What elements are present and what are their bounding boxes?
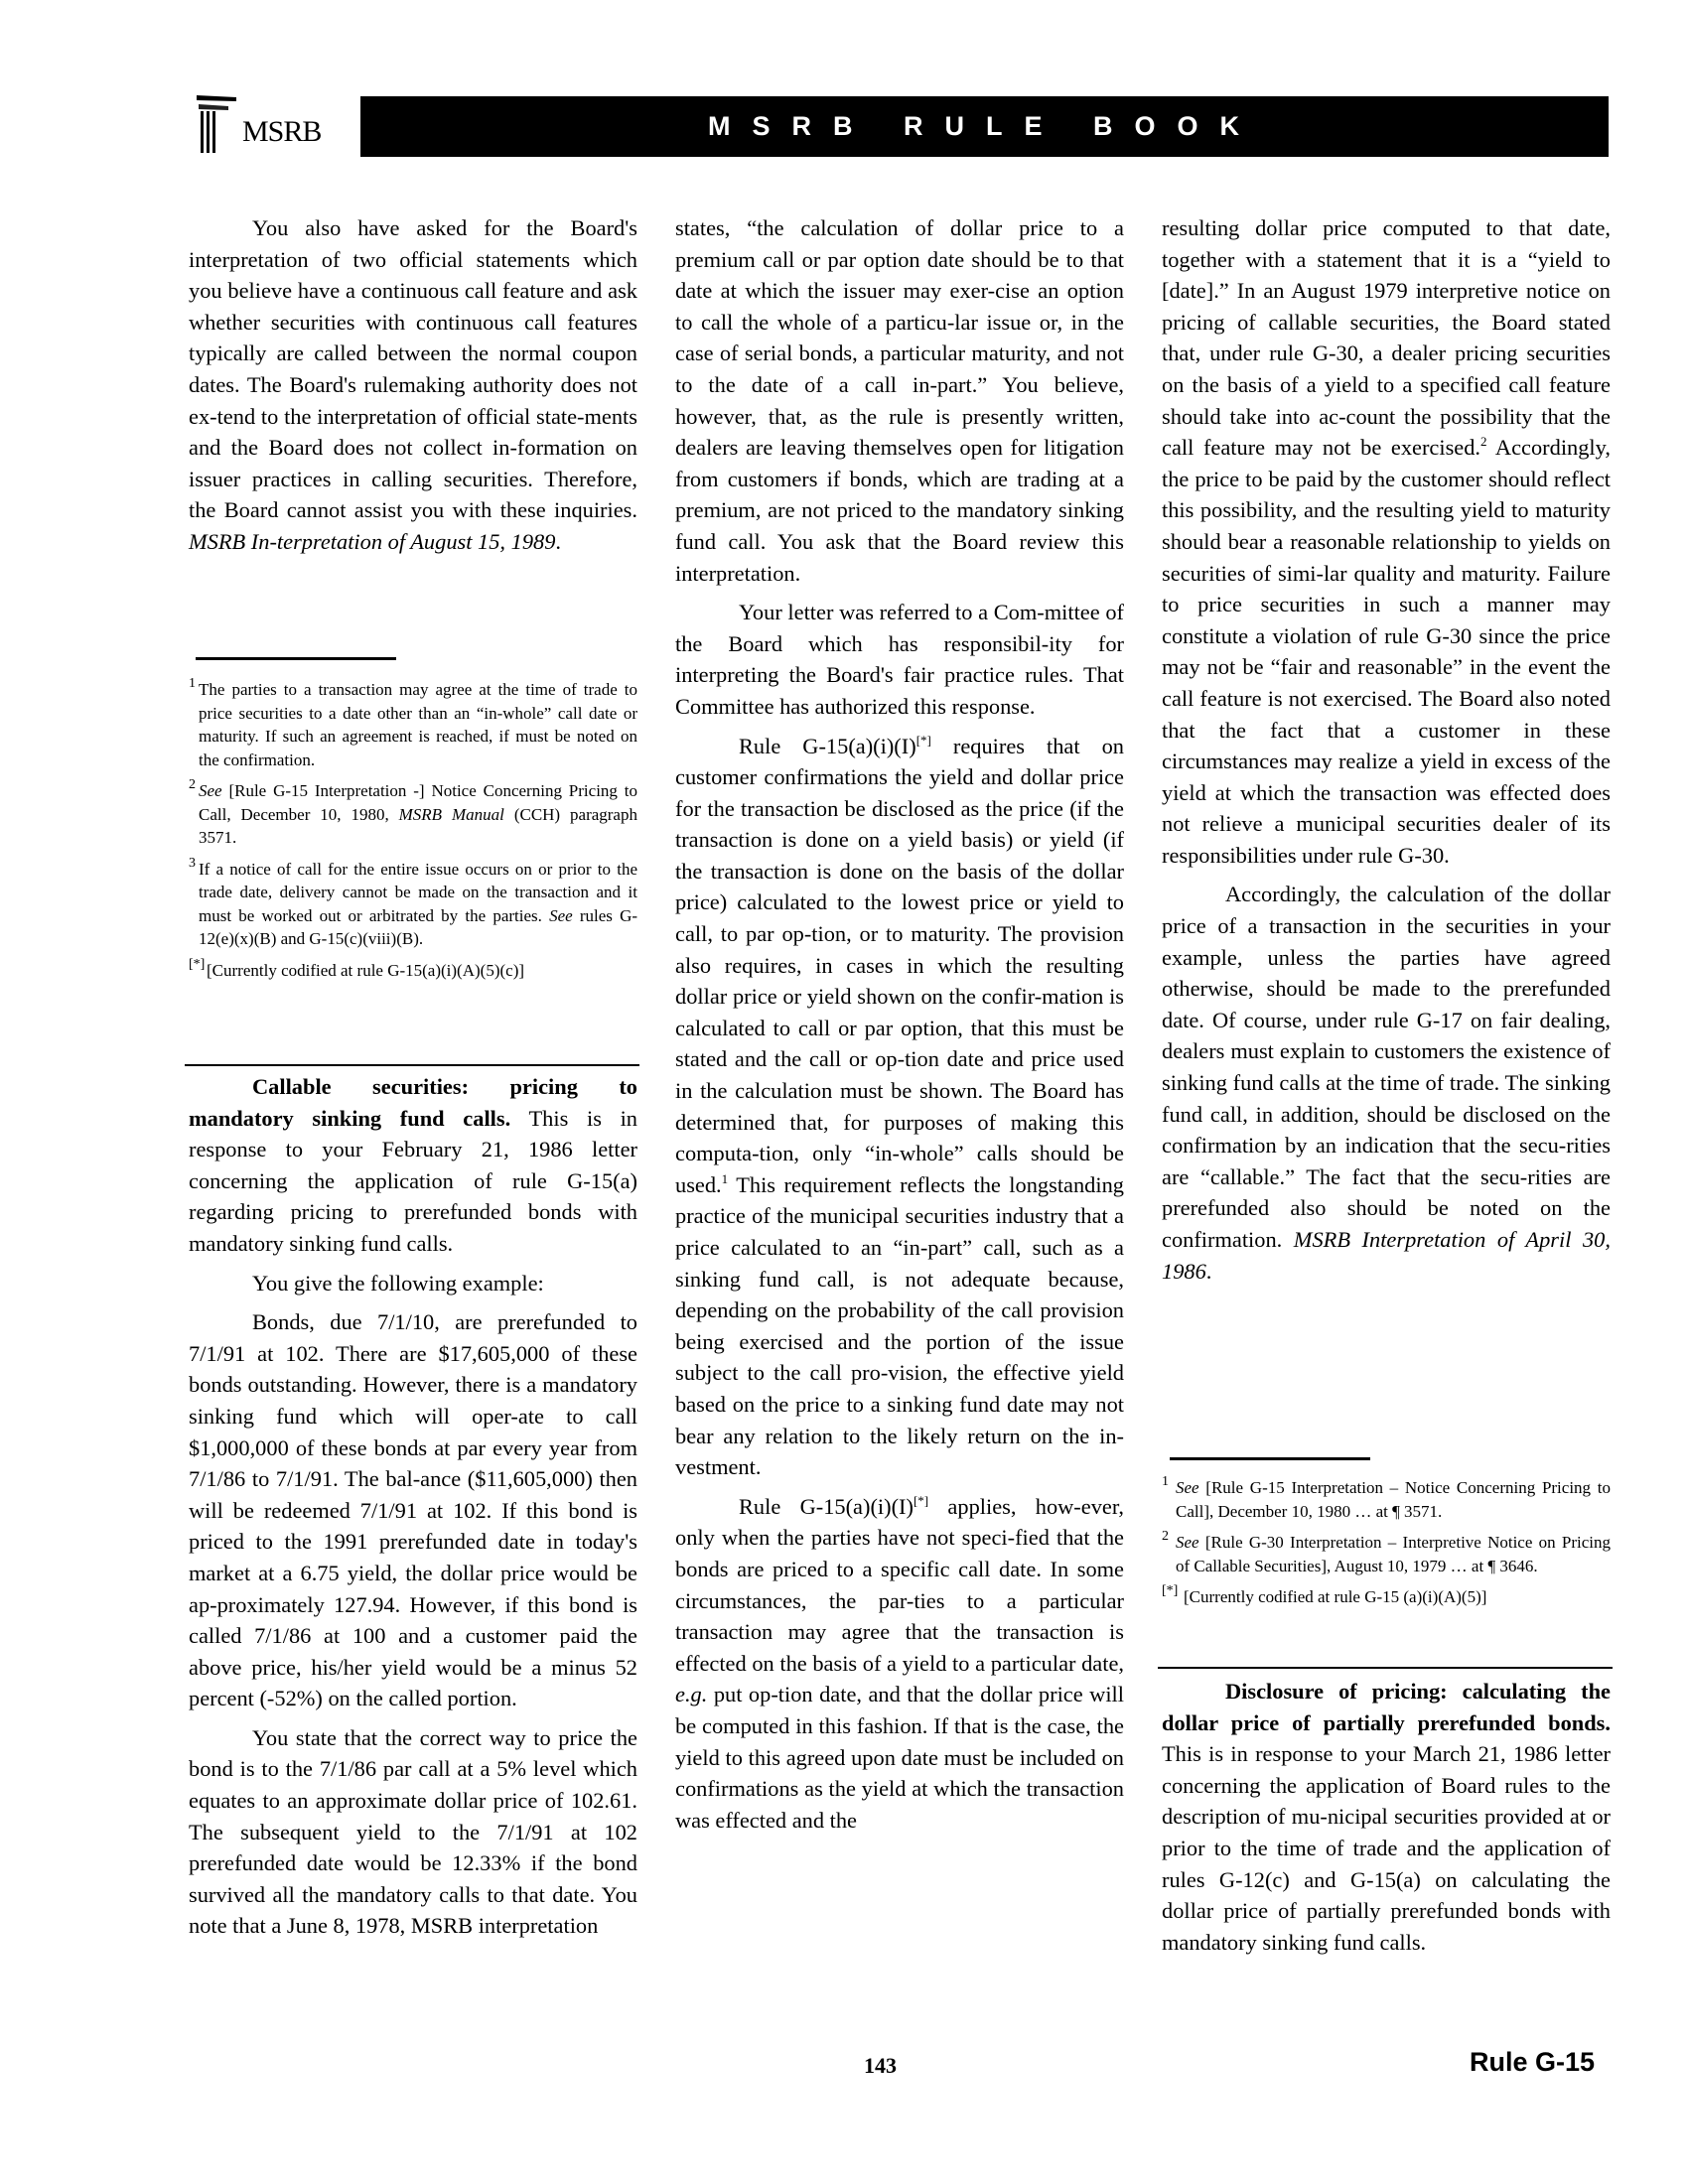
paragraph: You state that the correct way to price … — [189, 1722, 637, 1942]
footnote-2: 2See [Rule G-30 Interpretation – Interpr… — [1162, 1531, 1611, 1577]
column-3: resulting dollar price computed to that … — [1162, 212, 1611, 1287]
paragraph: resulting dollar price computed to that … — [1162, 212, 1611, 871]
footnote-separator — [1170, 1457, 1370, 1460]
section-paragraph: Disclosure of pricing: calculating the d… — [1162, 1676, 1611, 1958]
page-number: 143 — [864, 2053, 897, 2079]
column-1-section: Callable securities: pricing to mandator… — [189, 1071, 637, 1942]
footnote-1: 1See [Rule G-15 Interpretation – Notice … — [1162, 1476, 1611, 1523]
section-paragraph: Callable securities: pricing to mandator… — [189, 1071, 637, 1260]
header-banner: MSRB RULE BOOK — [360, 96, 1609, 157]
logo-text: MSRB — [242, 115, 321, 149]
paragraph: Rule G-15(a)(i)(I)[*] requires that on c… — [675, 731, 1124, 1483]
rule-label: Rule G-15 — [1470, 2047, 1595, 2078]
footnote-ref[interactable]: [*] — [914, 1493, 928, 1508]
footnote-separator — [196, 657, 396, 660]
footnote-1: 1The parties to a transaction may agree … — [189, 678, 637, 771]
paragraph: Accordingly, the calculation of the doll… — [1162, 879, 1611, 1287]
paragraph: states, “the calculation of dollar price… — [675, 212, 1124, 589]
section-divider — [185, 1064, 639, 1066]
paragraph: You also have asked for the Board's inte… — [189, 212, 637, 558]
column-2: states, “the calculation of dollar price… — [675, 212, 1124, 1836]
footnote-3: 3If a notice of call for the entire issu… — [189, 858, 637, 951]
footnote-star: [*][Currently codified at rule G-15(a)(i… — [189, 959, 637, 983]
paragraph: Your letter was referred to a Com-mittee… — [675, 597, 1124, 722]
banner-title: MSRB RULE BOOK — [708, 111, 1261, 142]
paragraph: Rule G-15(a)(i)(I)[*] applies, how-ever,… — [675, 1491, 1124, 1837]
column-3-section: Disclosure of pricing: calculating the d… — [1162, 1676, 1611, 1958]
column-1: You also have asked for the Board's inte… — [189, 212, 637, 558]
footnote-star: [*][Currently codified at rule G-15 (a)(… — [1162, 1585, 1611, 1609]
column-pillar-icon — [197, 93, 240, 155]
paragraph: Bonds, due 7/1/10, are prerefunded to 7/… — [189, 1306, 637, 1714]
footnote-2: 2See [Rule G-15 Interpretation -] Notice… — [189, 779, 637, 850]
paragraph: You give the following example: — [189, 1268, 637, 1299]
citation: MSRB In-terpretation of August 15, 1989 — [189, 529, 555, 554]
section-divider — [1158, 1667, 1613, 1669]
footnote-ref[interactable]: [*] — [916, 733, 931, 748]
msrb-logo: MSRB — [197, 93, 331, 155]
section-heading: Disclosure of pricing: calculating the d… — [1162, 1679, 1611, 1735]
column-1-footnotes: 1The parties to a transaction may agree … — [189, 678, 637, 982]
column-3-footnotes: 1See [Rule G-15 Interpretation – Notice … — [1162, 1476, 1611, 1609]
